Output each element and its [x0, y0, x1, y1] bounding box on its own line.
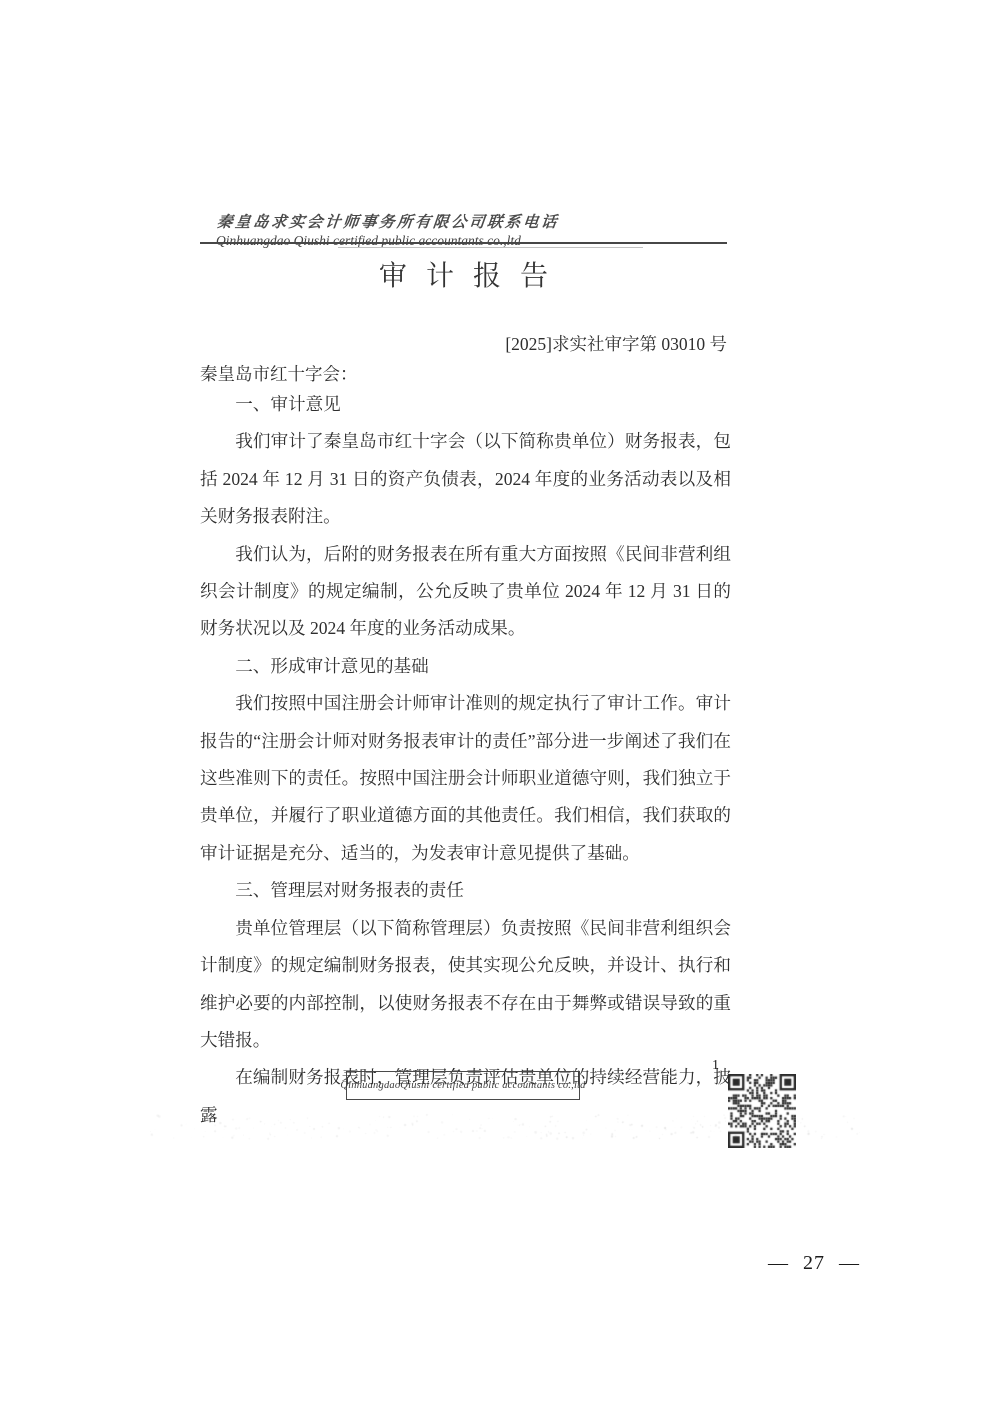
paragraph-basis-statement: 我们按照中国注册会计师审计准则的规定执行了审计工作。审计报告的“注册会计师对财务…: [200, 685, 731, 872]
scanned-audit-report-page: 秦皇岛求实会计师事务所有限公司联系电话 Qinhuangdao Qiushi c…: [0, 0, 992, 1403]
letterhead-company-name-cn: 秦皇岛求实会计师事务所有限公司联系电话: [216, 210, 748, 232]
paragraph-opinion-statement: 我们认为，后附的财务报表在所有重大方面按照《民间非营利组织会计制度》的规定编制，…: [200, 536, 731, 648]
report-body: 一、审计意见 我们审计了秦皇岛市红十字会（以下简称贵单位）财务报表，包括 202…: [200, 386, 731, 1134]
inner-page-number: 1: [712, 1058, 719, 1074]
report-title: 审计报告: [200, 254, 727, 294]
section-heading-basis: 二、形成审计意见的基础: [200, 648, 731, 685]
qr-code: [728, 1074, 796, 1148]
section-heading-management: 三、管理层对财务报表的责任: [200, 872, 731, 909]
paragraph-management-duty: 贵单位管理层（以下简称管理层）负责按照《民间非营利组织会计制度》的规定编制财务报…: [200, 910, 731, 1060]
reference-number: [2025]求实社审字第 03010 号: [200, 331, 727, 356]
section-heading-opinion: 一、审计意见: [200, 386, 731, 423]
letterhead-divider: [200, 242, 727, 244]
footer-company-stamp-box: QinhuangdaoQiushi certified public accou…: [346, 1071, 580, 1100]
paragraph-audit-scope: 我们审计了秦皇岛市红十字会（以下简称贵单位）财务报表，包括 2024 年 12 …: [200, 423, 731, 535]
addressee: 秦皇岛市红十字会：: [200, 361, 358, 386]
letterhead-divider-artifact: [338, 247, 643, 248]
footer-company-name: QinhuangdaoQiushi certified public accou…: [340, 1080, 585, 1091]
page-number: — 27 —: [200, 1252, 860, 1275]
